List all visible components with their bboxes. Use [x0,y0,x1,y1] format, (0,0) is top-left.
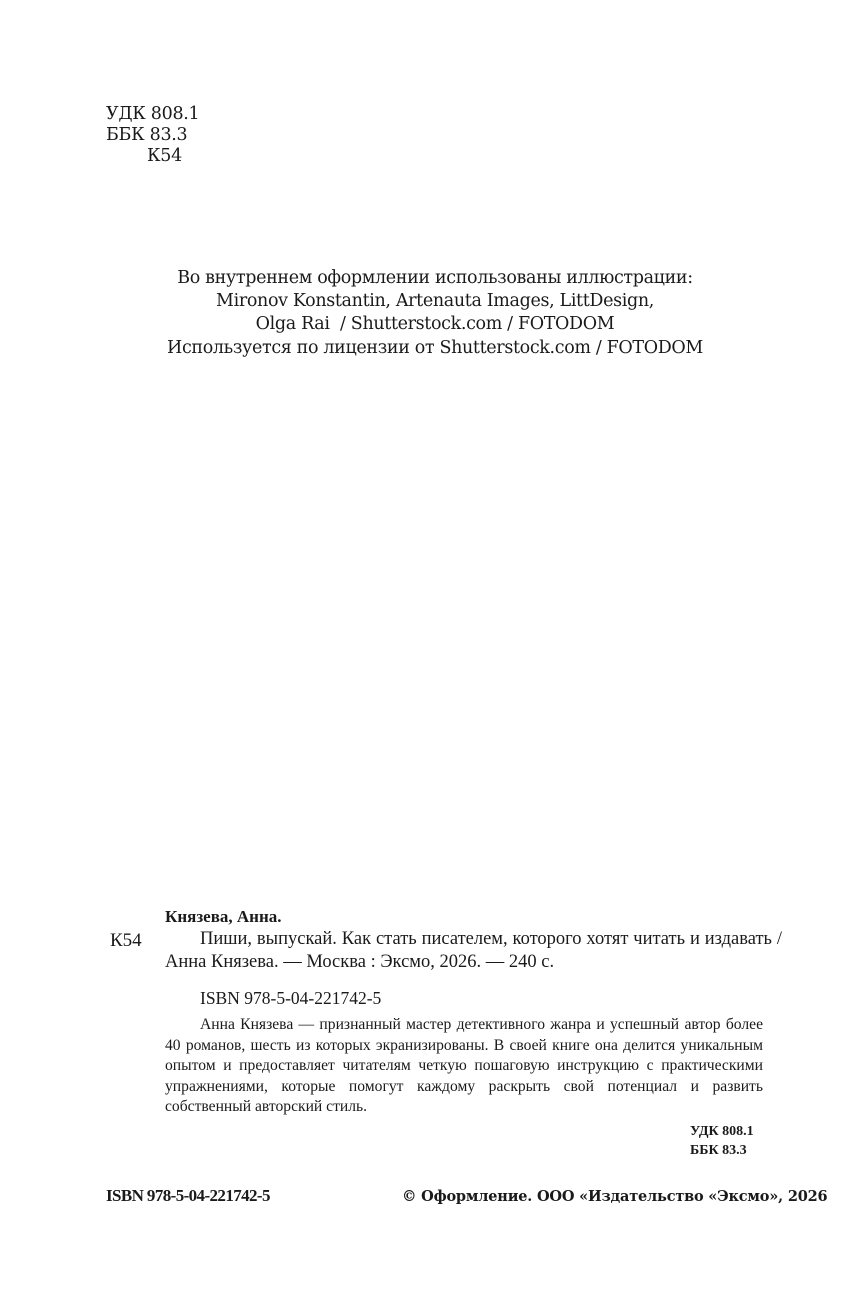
catalog-bbk: ББК 83.3 [690,1141,782,1160]
catalog-author: Князева, Анна. [165,906,782,928]
classification-codes-header: УДК 808.1 ББК 83.3 К54 [106,104,199,167]
credits-line: Во внутреннем оформлении использованы ил… [0,267,844,290]
catalog-title: Пиши, выпускай. Как стать писателем, кот… [165,928,782,973]
illustration-credits: Во внутреннем оформлении использованы ил… [0,267,844,360]
footer-copyright: © Оформление. ООО «Издательство «Эксмо»,… [402,1188,827,1205]
catalog-codes: УДК 808.1 ББК 83.3 [165,1122,782,1160]
catalog-udk: УДК 808.1 [690,1122,782,1141]
bbk-code: ББК 83.3 [106,125,199,146]
catalog-isbn: ISBN 978-5-04-221742-5 [165,987,782,1009]
author-mark: К54 [106,146,199,167]
credits-line: Olga Rai / Shutterstock.com / FOTODOM [0,313,844,336]
footer-isbn: ISBN 978-5-04-221742-5 [106,1186,270,1206]
catalog-author-mark: К54 [110,930,142,952]
catalog-annotation: Анна Князева — признанный мастер детекти… [165,1015,763,1118]
credits-line: Mironov Konstantin, Artenauta Images, Li… [0,290,844,313]
udk-code: УДК 808.1 [106,104,199,125]
credits-line: Используется по лицензии от Shutterstock… [0,337,844,360]
catalog-card: Князева, Анна. Пиши, выпускай. Как стать… [165,906,782,1160]
